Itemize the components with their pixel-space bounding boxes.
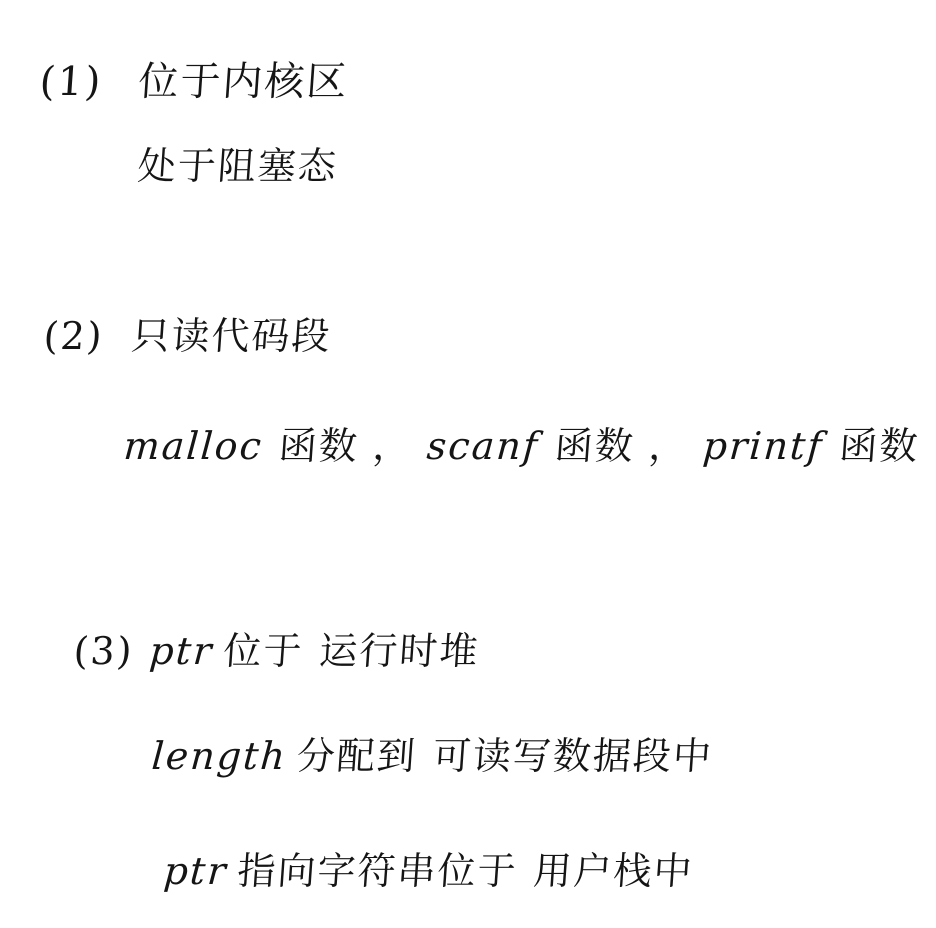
var-ptr: ptr — [162, 849, 229, 893]
answer-1-line-2: 处于阻塞态 — [136, 135, 340, 190]
answer-sheet: (1)位于内核区 处于阻塞态 (2)只读代码段 malloc函数，scanf函数… — [0, 0, 936, 928]
function-name-printf: printf — [701, 424, 825, 468]
answer-3-line-3: ptr指向字符串位于用户栈中 — [162, 840, 696, 895]
answer-1-number: (1) — [38, 59, 104, 105]
answer-2-number: (2) — [42, 314, 105, 358]
answer-3-line-1: (3)ptr位于运行时堆 — [72, 620, 481, 675]
var-ptr: ptr — [148, 629, 215, 673]
function-suffix-2: 函数 — [553, 415, 637, 470]
answer-3-item-3-text-a: 指向字符串位于 — [236, 840, 520, 895]
answer-2-line-2: malloc函数，scanf函数，printf函数 — [122, 415, 922, 470]
answer-3-item-1-text-b: 运行时堆 — [318, 620, 482, 675]
var-length: length — [150, 734, 288, 778]
function-name-scanf: scanf — [425, 424, 540, 468]
function-suffix-1: 函数 — [277, 415, 361, 470]
answer-1-text-2: 处于阻塞态 — [136, 135, 340, 190]
answer-3-item-3-text-b: 用户栈中 — [532, 840, 696, 895]
answer-3-item-2-text-b: 可读写数据段中 — [431, 725, 715, 780]
comma-separator: ， — [371, 415, 415, 470]
answer-3-item-2-text-a: 分配到 — [295, 725, 419, 780]
function-suffix-3: 函数 — [838, 415, 922, 470]
answer-2-line-1: (2)只读代码段 — [42, 305, 334, 360]
answer-2-text-1: 只读代码段 — [130, 305, 334, 360]
comma-separator: ， — [647, 415, 691, 470]
answer-3-item-1-text-a: 位于 — [222, 620, 306, 675]
answer-3-number: (3) — [72, 629, 135, 673]
answer-1-text-1: 位于内核区 — [137, 50, 351, 107]
answer-3-line-2: length分配到可读写数据段中 — [150, 725, 715, 780]
answer-1-line-1: (1)位于内核区 — [38, 50, 351, 107]
function-name-malloc: malloc — [122, 424, 264, 468]
